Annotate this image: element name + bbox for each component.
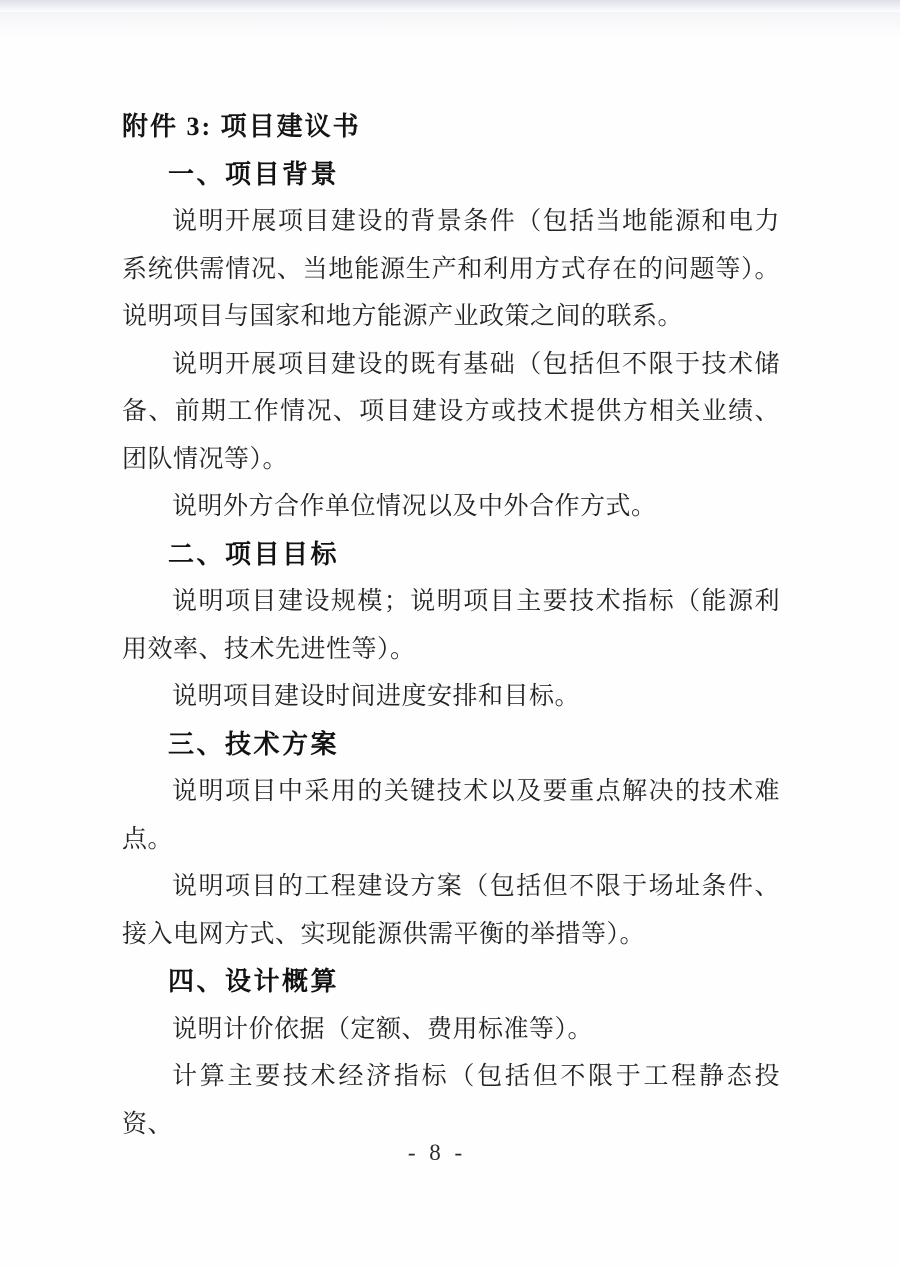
paragraph: 说明外方合作单位情况以及中外合作方式。 xyxy=(122,483,780,531)
section-project-goals: 二、项目目标 说明项目建设规模；说明项目主要技术指标（能源利用效率、技术先进性等… xyxy=(122,531,780,721)
page-number: - 8 - xyxy=(0,1140,874,1166)
paragraph: 说明开展项目建设的背景条件（包括当地能源和电力系统供需情况、当地能源生产和利用方… xyxy=(122,198,780,341)
paragraph: 说明开展项目建设的既有基础（包括但不限于技术储备、前期工作情况、项目建设方或技术… xyxy=(122,341,780,484)
section-heading-technical-plan: 三、技术方案 xyxy=(122,721,780,769)
scan-edge-artifact xyxy=(0,0,900,12)
section-technical-plan: 三、技术方案 说明项目中采用的关键技术以及要重点解决的技术难点。 说明项目的工程… xyxy=(122,721,780,959)
document-content: 附件 3: 项目建议书 一、项目背景 说明开展项目建设的背景条件（包括当地能源和… xyxy=(122,103,780,1148)
section-heading-design-estimate: 四、设计概算 xyxy=(122,958,780,1006)
document-page: 附件 3: 项目建议书 一、项目背景 说明开展项目建设的背景条件（包括当地能源和… xyxy=(0,0,900,1267)
scan-edge-artifact-fade xyxy=(0,12,900,38)
section-project-background: 一、项目背景 说明开展项目建设的背景条件（包括当地能源和电力系统供需情况、当地能… xyxy=(122,151,780,531)
paragraph: 说明项目建设时间进度安排和目标。 xyxy=(122,673,780,721)
section-heading-project-background: 一、项目背景 xyxy=(122,151,780,199)
paragraph: 说明计价依据（定额、费用标准等）。 xyxy=(122,1006,780,1054)
paragraph: 计算主要技术经济指标（包括但不限于工程静态投资、 xyxy=(122,1053,780,1148)
section-design-estimate: 四、设计概算 说明计价依据（定额、费用标准等）。 计算主要技术经济指标（包括但不… xyxy=(122,958,780,1148)
paragraph: 说明项目中采用的关键技术以及要重点解决的技术难点。 xyxy=(122,768,780,863)
attachment-title: 附件 3: 项目建议书 xyxy=(122,103,780,151)
section-heading-project-goals: 二、项目目标 xyxy=(122,531,780,579)
paragraph: 说明项目的工程建设方案（包括但不限于场址条件、接入电网方式、实现能源供需平衡的举… xyxy=(122,863,780,958)
paragraph: 说明项目建设规模；说明项目主要技术指标（能源利用效率、技术先进性等）。 xyxy=(122,578,780,673)
